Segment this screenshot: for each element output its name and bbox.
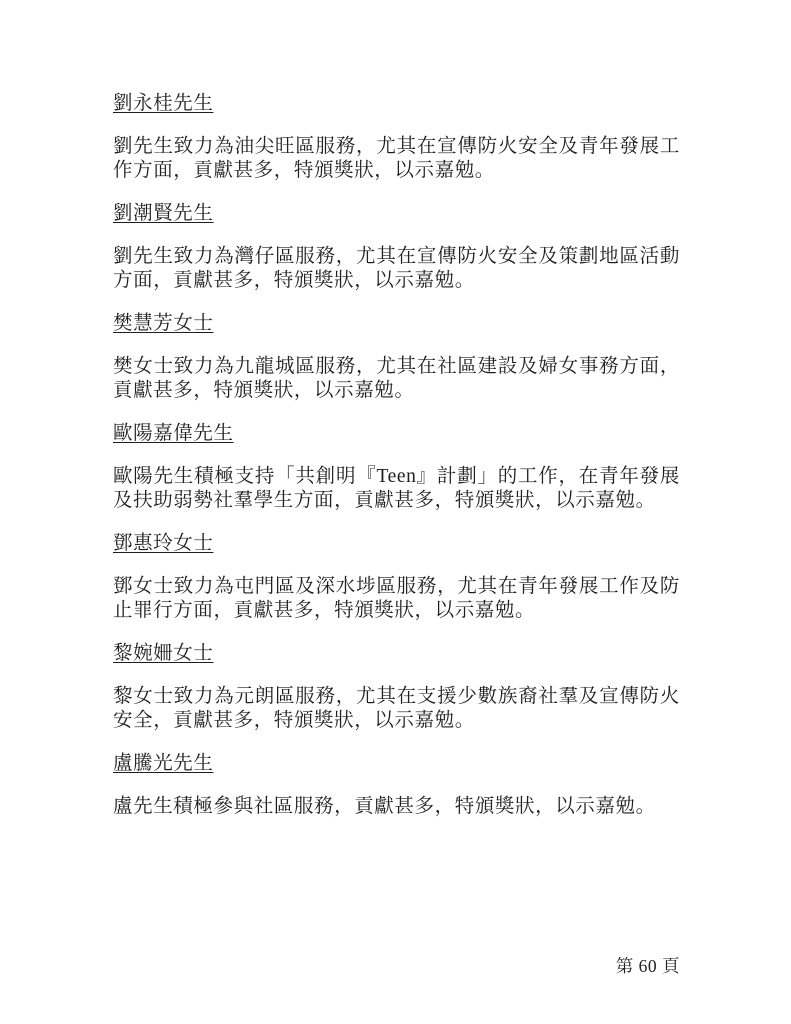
award-entry: 歐陽嘉偉先生 歐陽先生積極支持「共創明『Teen』計劃」的工作，在青年發展及扶助… bbox=[113, 422, 680, 512]
award-entry: 黎婉姍女士 黎女士致力為元朗區服務，尤其在支援少數族裔社羣及宣傳防火安全，貢獻甚… bbox=[113, 642, 680, 732]
award-entry: 樊慧芳女士 樊女士致力為九龍城區服務，尤其在社區建設及婦女事務方面，貢獻甚多，特… bbox=[113, 312, 680, 402]
citation-text: 劉先生致力為灣仔區服務，尤其在宣傳防火安全及策劃地區活動方面，貢獻甚多，特頒獎狀… bbox=[113, 245, 680, 292]
page-number: 第 60 頁 bbox=[616, 955, 680, 977]
recipient-name: 歐陽嘉偉先生 bbox=[113, 422, 680, 446]
citation-text: 盧先生積極參與社區服務，貢獻甚多，特頒獎狀，以示嘉勉。 bbox=[113, 795, 680, 819]
recipient-name: 盧騰光先生 bbox=[113, 752, 680, 776]
recipient-name: 劉潮賢先生 bbox=[113, 202, 680, 226]
citation-text: 歐陽先生積極支持「共創明『Teen』計劃」的工作，在青年發展及扶助弱勢社羣學生方… bbox=[113, 465, 680, 512]
recipient-name: 樊慧芳女士 bbox=[113, 312, 680, 336]
citation-text: 劉先生致力為油尖旺區服務，尤其在宣傳防火安全及青年發展工作方面，貢獻甚多，特頒獎… bbox=[113, 135, 680, 182]
citation-text: 樊女士致力為九龍城區服務，尤其在社區建設及婦女事務方面，貢獻甚多，特頒獎狀，以示… bbox=[113, 355, 680, 402]
citation-text: 鄧女士致力為屯門區及深水埗區服務，尤其在青年發展工作及防止罪行方面，貢獻甚多，特… bbox=[113, 575, 680, 622]
recipient-name: 黎婉姍女士 bbox=[113, 642, 680, 666]
award-entry: 劉潮賢先生 劉先生致力為灣仔區服務，尤其在宣傳防火安全及策劃地區活動方面，貢獻甚… bbox=[113, 202, 680, 292]
recipient-name: 劉永桂先生 bbox=[113, 92, 680, 116]
citation-text: 黎女士致力為元朗區服務，尤其在支援少數族裔社羣及宣傳防火安全，貢獻甚多，特頒獎狀… bbox=[113, 685, 680, 732]
award-entry: 盧騰光先生 盧先生積極參與社區服務，貢獻甚多，特頒獎狀，以示嘉勉。 bbox=[113, 752, 680, 819]
recipient-name: 鄧惠玲女士 bbox=[113, 532, 680, 556]
award-entry: 劉永桂先生 劉先生致力為油尖旺區服務，尤其在宣傳防火安全及青年發展工作方面，貢獻… bbox=[113, 92, 680, 182]
document-page: 劉永桂先生 劉先生致力為油尖旺區服務，尤其在宣傳防火安全及青年發展工作方面，貢獻… bbox=[0, 0, 791, 1024]
commendation-list: 劉永桂先生 劉先生致力為油尖旺區服務，尤其在宣傳防火安全及青年發展工作方面，貢獻… bbox=[113, 92, 680, 839]
award-entry: 鄧惠玲女士 鄧女士致力為屯門區及深水埗區服務，尤其在青年發展工作及防止罪行方面，… bbox=[113, 532, 680, 622]
